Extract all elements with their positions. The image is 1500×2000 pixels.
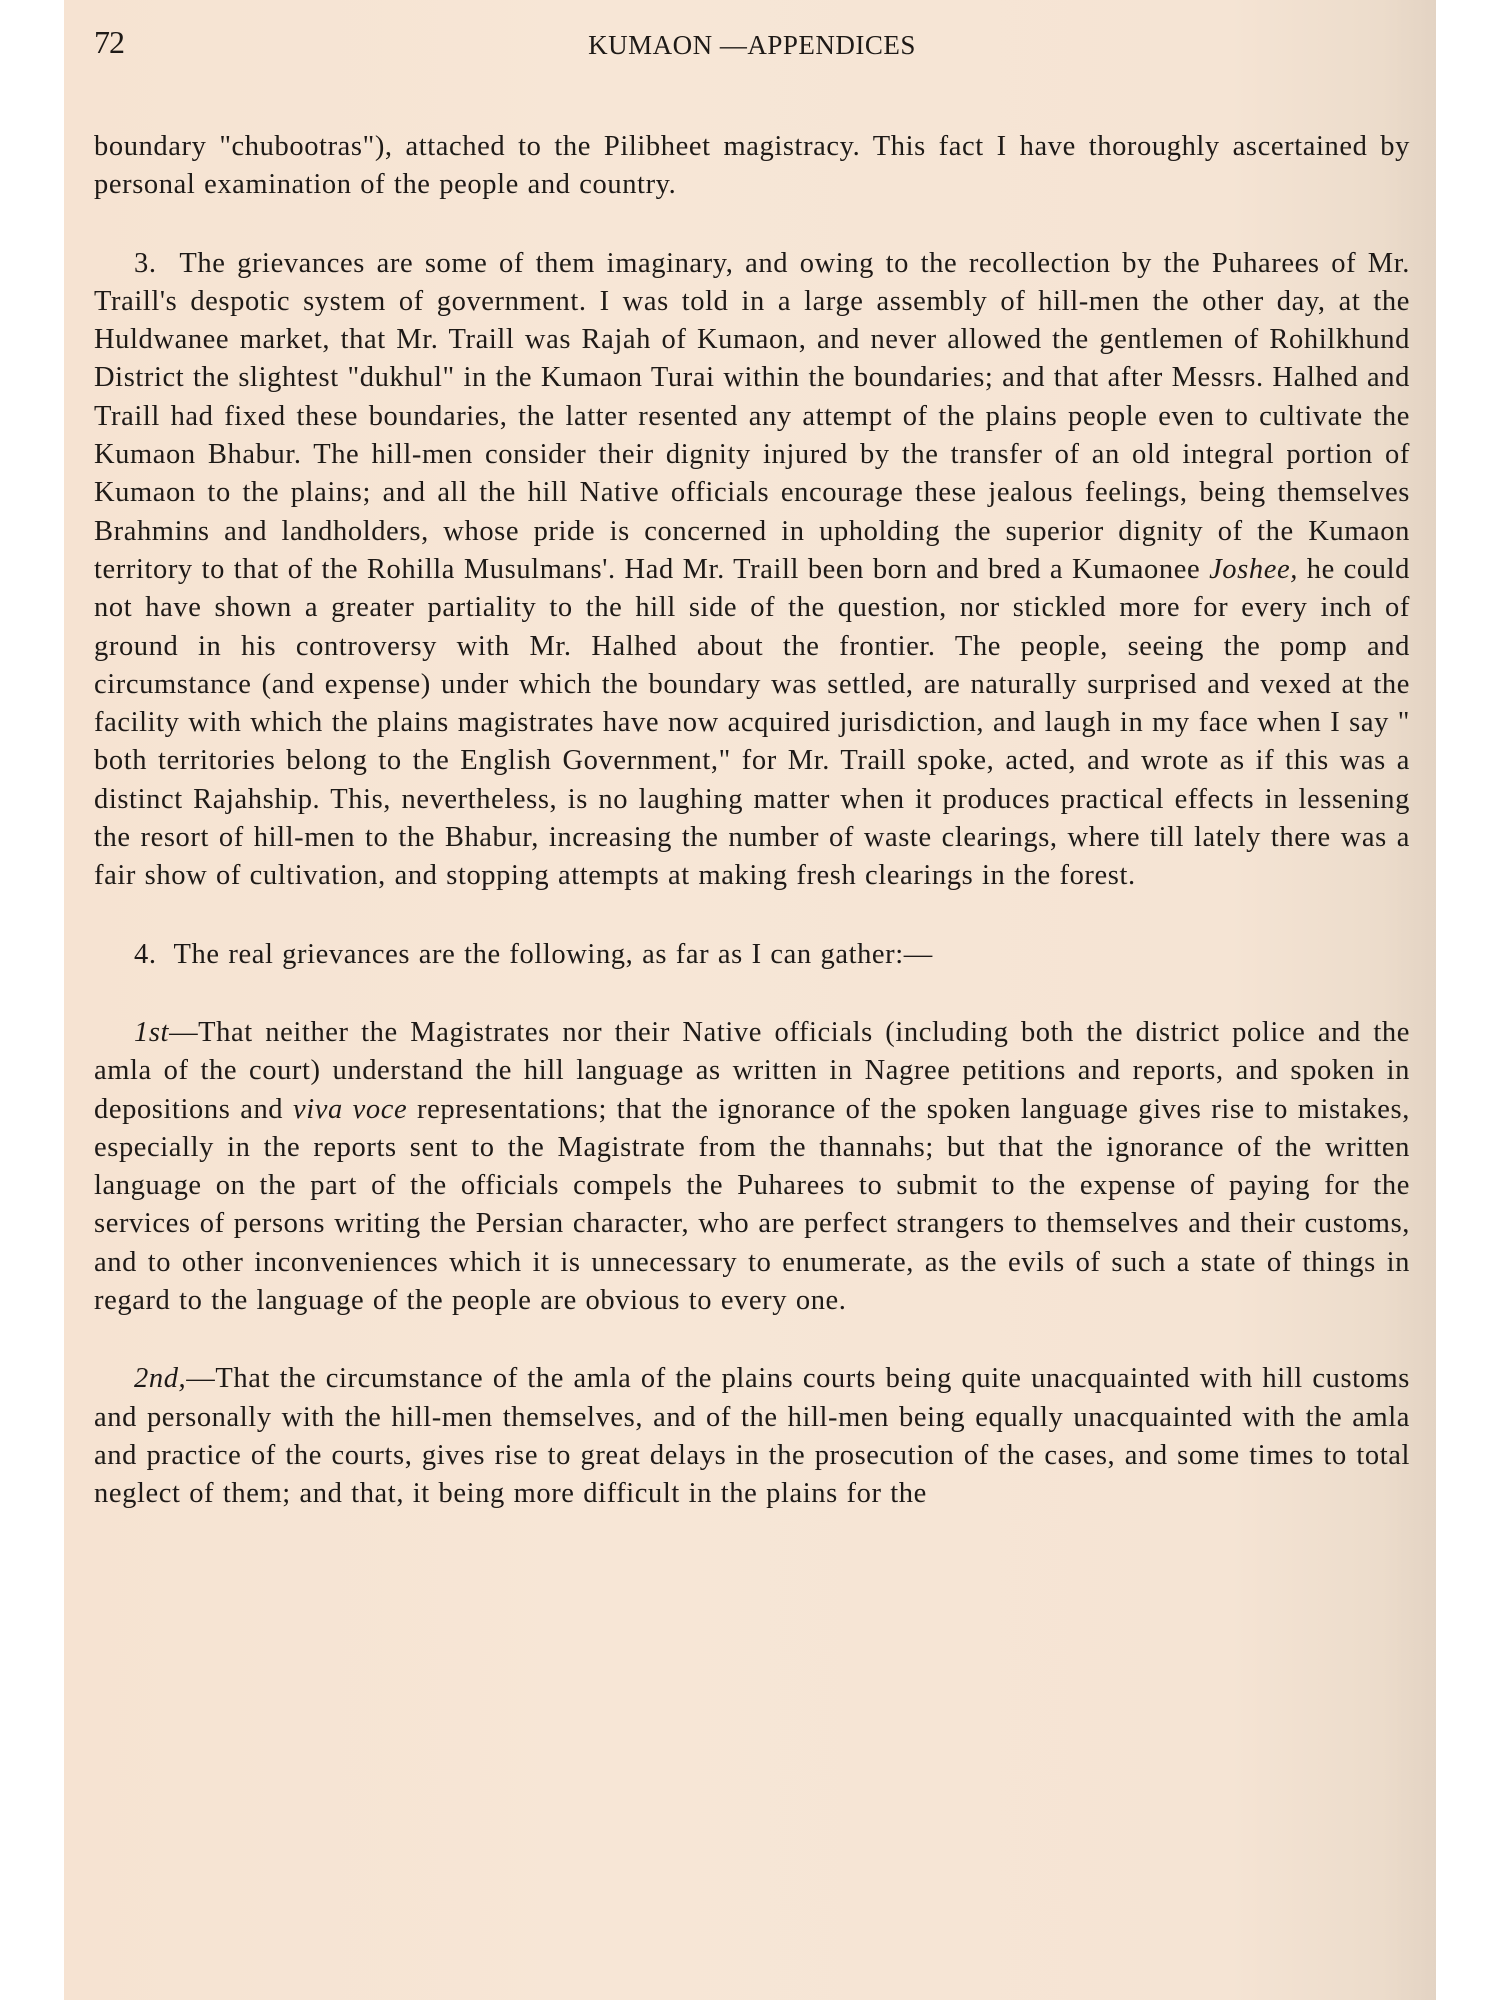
- body-text: boundary "chubootras"), attached to the …: [94, 128, 1410, 1514]
- paragraph-3: 3. The grievances are some of them imagi…: [94, 245, 1410, 896]
- paragraph-text: representations; that the ignorance of t…: [94, 1094, 1410, 1316]
- paragraph-gap: [94, 1320, 1410, 1360]
- paragraph-text: he could not have shown a greater partia…: [94, 554, 1410, 891]
- italic-term: Joshee,: [1209, 554, 1298, 585]
- grievance-second: 2nd,—That the circumstance of the amla o…: [94, 1360, 1410, 1513]
- book-page: 72 KUMAON —APPENDICES boundary "chubootr…: [64, 0, 1436, 2000]
- paragraph-text: —That the circumstance of the amla of th…: [94, 1363, 1410, 1509]
- grievance-label: 2nd,: [134, 1363, 186, 1394]
- paragraph-number: 4.: [134, 939, 157, 970]
- running-header: 72 KUMAON —APPENDICES: [94, 24, 1410, 64]
- paragraph-gap: [94, 205, 1410, 245]
- italic-term: viva voce: [293, 1094, 407, 1125]
- grievance-first: 1st—That neither the Magistrates nor the…: [94, 1014, 1410, 1320]
- paragraph-text: The real grievances are the following, a…: [174, 939, 933, 970]
- paragraph-4: 4. The real grievances are the following…: [94, 936, 1410, 974]
- paragraph-number: 3.: [134, 248, 157, 279]
- running-title: KUMAON —APPENDICES: [94, 30, 1410, 61]
- grievance-label: 1st: [134, 1017, 169, 1048]
- paragraph-gap: [94, 974, 1410, 1014]
- paragraph-text: The grievances are some of them imaginar…: [94, 248, 1410, 585]
- paragraph-gap: [94, 896, 1410, 936]
- paragraph-continuation: boundary "chubootras"), attached to the …: [94, 128, 1410, 205]
